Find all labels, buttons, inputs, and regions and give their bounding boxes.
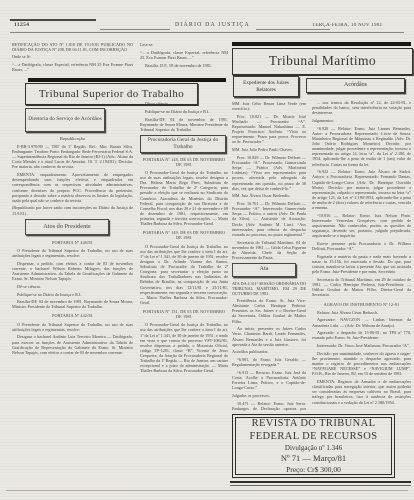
acordaos-introducao: ... nos termos da Resolução nº 12, de 24…	[312, 100, 411, 115]
portaria-148-heading: PORTARIA Nº 148, DE 03 DE NOVEMBRO DE 19…	[142, 157, 226, 167]
assinatura-presidente-2: Brasília-DF, 04 de novembro de 1981. Ray…	[140, 117, 228, 132]
revista-numero: Nº 71 — Março/81	[281, 453, 346, 463]
box-ata: Ata	[232, 263, 296, 277]
retificacao-quote-corrigida: “... a Datilógrafa, classe Especial, ref…	[140, 50, 228, 60]
presenca-procuradoria: Esteve presente pela Procuradoria o Dr. …	[312, 241, 411, 251]
scanned-gazette-page: 11254 DIÁRIO DA JUSTIÇA TERÇA-FEIRA, 10 …	[0, 0, 414, 500]
page-bottom-rule	[6, 490, 408, 491]
revista-preco: Preço: Cr$ 300,00	[286, 465, 341, 474]
box-ata-label: Ata	[260, 266, 269, 274]
processo-10761: Proc. 10.761 — Dr. Wilmoto Delfrati — Pr…	[232, 201, 306, 237]
tm-section-bar	[232, 42, 411, 46]
tm-banner-title: Tribunal Marítimo	[269, 53, 376, 69]
column-2: Leia-se: “... a Datilógrafa, classe Espe…	[140, 42, 228, 484]
acordao-10816: “10.816 — Relator: Exmo. Juiz Nelson Pin…	[312, 213, 411, 239]
ementa-text: EMENTA: enquadramento. Aproveitamento de…	[12, 172, 133, 203]
page-number: 11254	[14, 22, 29, 28]
portaria-151-heading: PORTARIA Nº 151, DE 03 DE NOVEMBRO DE 19…	[142, 309, 226, 319]
encerramento-sessao: Esgotada a matéria da pauta e nada mais …	[312, 254, 411, 275]
acordaos-publicados-label: Acórdãos publicados:	[232, 349, 306, 354]
agravo-interessado: Interessado: Dr. Vasco José Matheson, Pr…	[312, 343, 411, 348]
portaria-148-texto: O Procurador-Geral da Justiça do Trabalh…	[140, 170, 228, 226]
agravo-relator: Relator: Juiz Álvaro César Bedusch.	[312, 310, 411, 315]
header-center-right-rule	[256, 29, 330, 30]
portaria-442-heading: PORTARIA Nº 442/81	[14, 313, 131, 318]
publique-se-2: Publique-se no Diário da Justiça e B.I.	[140, 109, 228, 114]
republicacao-label: Republicação	[12, 136, 133, 142]
acordao-6920: “6.920 — Relator: Exmo. Juiz Lannes Bern…	[312, 126, 411, 167]
de-se-ciencia-1: Dê-se ciência.	[12, 284, 133, 289]
portaria-149-heading: PORTARIA Nº 149, DE 03 DE NOVEMBRO DE 19…	[142, 230, 226, 240]
revista-bottom-bar	[230, 481, 411, 483]
processo-10471: 10.471 — Relator: Exmo. Juiz Serra. Emba…	[232, 401, 306, 412]
box-acordaos: Acórdãos	[306, 78, 405, 93]
juiz-relator-1: MM. Juiz Celso Renan Lima Verde (em exer…	[232, 101, 306, 111]
portaria-151-texto: O Procurador-Geral da Justiça do Trabalh…	[140, 322, 228, 373]
portaria-440-preambulo: O Presidente do Tribunal Superior do Tra…	[12, 248, 133, 258]
ata-abertura: Ao início, presentes os Juízes Carlos Ve…	[232, 326, 306, 347]
agravo-instrumento-heading: AGRAVO DE INSTRUMENTO Nº 12-81	[314, 302, 409, 307]
acordao-6913: “6.913 — Recurso. Exmo. Juiz José da Cos…	[232, 370, 306, 391]
box-procuradoria-label: Procuradoria Geral da Justiça do Trabalh…	[143, 137, 223, 151]
leia-se-label: Leia-se:	[140, 42, 228, 47]
acordao-6901: “6.901, do Exmo. Juiz Geraldo — Regulame…	[232, 357, 306, 367]
ata-presidencia: Presidência do Exmo. Sr. Juiz Vice-Almir…	[232, 298, 306, 324]
processo-10821: Proc. 10.821 — Dr. Moacir José Machado —…	[232, 114, 306, 145]
portaria-442-texto: Designar o bacharel Antônio Luiz Terceir…	[12, 334, 133, 355]
column-4: ... nos termos da Resolução nº 12, de 24…	[312, 100, 411, 412]
processo-10829: Proc. 10.829 — Dr. Wilmoto Delfrati — Pr…	[232, 155, 306, 191]
agravo-ementa: EMENTA: Registro de Armador e de embarca…	[312, 379, 411, 405]
julgados-label: Julgados os processos:	[232, 393, 306, 398]
portaria-440-texto: Dispensar, a pedido, com efeitos a conta…	[12, 261, 133, 282]
de-se-ciencia-2: Dê-se ciência.	[140, 101, 228, 106]
juiz-relator-3: MM. Juiz Álvaro Oscar Berlendis:	[232, 193, 306, 198]
box-expediente-juizes: Expediente dos Juízes Relatores	[233, 76, 299, 97]
agravo-agravado: Agravado: o despacho de 15-06-81, no TPA…	[312, 330, 411, 340]
ata-sessao-heading: ATA DA 4.311ª SESSÃO ORDINÁRIA DO TRIBUN…	[232, 281, 306, 296]
portaria-442-preambulo: O Presidente do Tribunal Superior do Tra…	[12, 322, 133, 332]
header-bottom-rule	[10, 32, 404, 33]
retificacao-quote: “... a Datilógrafa, classe Especial, ref…	[12, 62, 133, 72]
data-retificacao: Brasília, D.F., 05 de novembro de 1981.	[140, 63, 228, 68]
secretaria-tm-expediente: Secretaria do Tribunal Marítimo, 04 de n…	[232, 240, 306, 261]
portaria-440-heading: PORTARIA Nº 440/81	[14, 240, 131, 245]
agravo-agravante: Agravante: NAVCZON — Linhas Internas da …	[312, 317, 411, 327]
box-acordaos-label: Acórdãos	[344, 82, 367, 90]
revista-bottom-thin-rule	[230, 485, 411, 486]
revista-ad-box: REVISTA DO TRIBUNAL FEDERAL DE RECURSOS …	[232, 414, 395, 478]
secretaria-tm-ata: Secretaria do Tribunal Marítimo, em 29 d…	[312, 277, 411, 298]
publique-se-1: Publique-se no Diário da Justiça e B.I.	[12, 292, 133, 297]
column-1: RETIFICAÇÃO DO ATO Nº 1.810 DE 19.10.81 …	[12, 42, 133, 484]
box-procuradoria-geral: Procuradoria Geral da Justiça do Trabalh…	[140, 135, 226, 153]
acordao-6922: “6.922 — Relator: Exmo. Juiz Álvaro de S…	[312, 169, 411, 210]
box-diretoria-acordaos: Diretoria do Serviço de Acórdãos	[25, 108, 105, 132]
retificacao-heading: RETIFICAÇÃO DO ATO Nº 1.810 DE 19.10.81 …	[12, 42, 133, 52]
onde-se-le-label: Onde se lê:	[12, 54, 133, 59]
assinatura-presidente-1: Brasília-DF, 04 de novembro de 1981. Ray…	[12, 299, 133, 309]
julgamentos-label: Julgamentos:	[312, 118, 411, 123]
revista-divulgacao: Divulgação nº 1.346	[285, 444, 342, 452]
box-atos-presidente: Atos do Presidente	[25, 219, 109, 235]
republicado-note: (Republicado por haver saído com incorre…	[12, 205, 133, 215]
box-diretoria-label: Diretoria do Serviço de Acórdãos	[28, 116, 102, 123]
journal-date: TERÇA-FEIRA, 10 NOV 1981	[312, 23, 382, 28]
tm-section-banner: Tribunal Marítimo	[232, 48, 413, 75]
revista-title-line2: FEDERAL DE RECURSOS	[250, 431, 378, 442]
agravo-decisao: Decisão: por unanimidade, conhecer do ag…	[312, 351, 411, 377]
juiz-relator-2: MM. Juiz João Pedro Paulo Chaves:	[232, 147, 306, 152]
column-3: MM. Juiz Celso Renan Lima Verde (em exer…	[232, 101, 306, 412]
acordao-republicado-text: E-RR-3.970/80 — TRT da 1ª Região. Rel.: …	[12, 144, 133, 170]
header-center-left-rule	[100, 29, 170, 30]
box-expediente-label: Expediente dos Juízes Relatores	[236, 80, 296, 93]
portaria-149-texto: O Procurador-Geral da Justiça do Trabalh…	[140, 244, 228, 306]
revista-title-line1: REVISTA DO TRIBUNAL	[252, 418, 376, 429]
header-top-rule	[10, 19, 96, 21]
journal-title: DIÁRIO DA JUSTIÇA	[175, 22, 250, 28]
box-atos-label: Atos do Presidente	[43, 223, 91, 231]
